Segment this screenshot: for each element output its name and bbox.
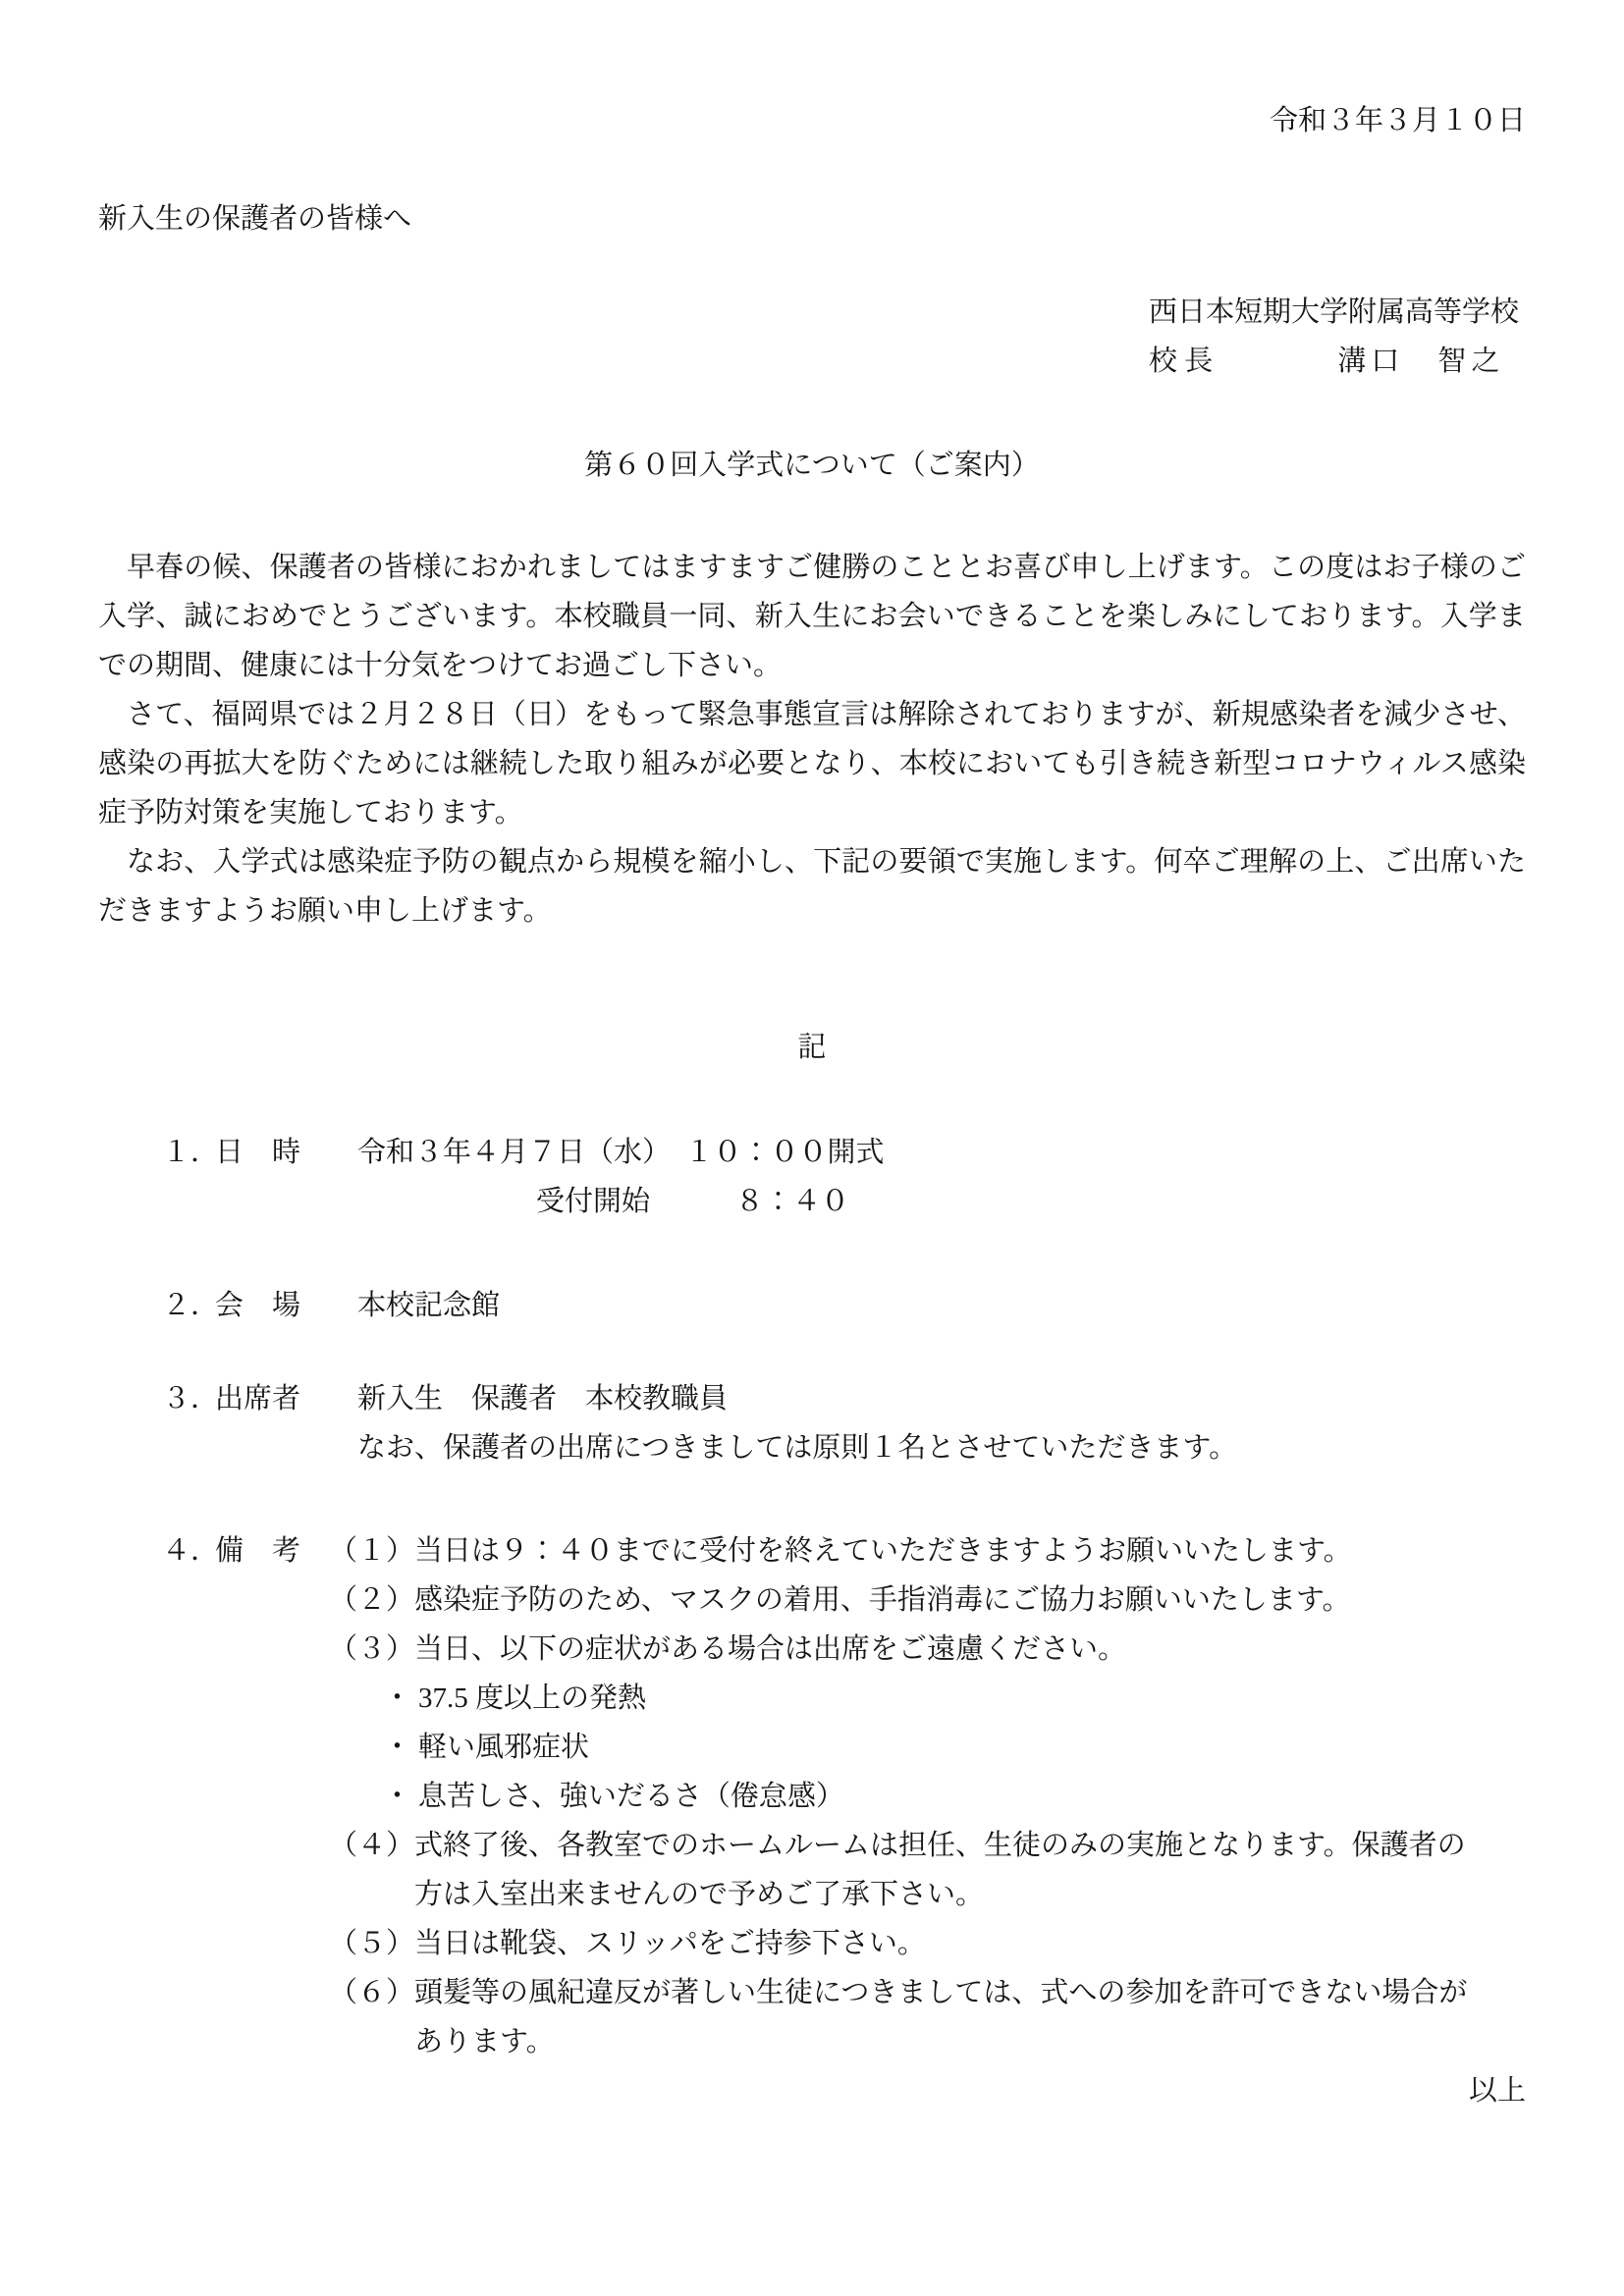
issue-date: 令和３年３月１０日 — [98, 96, 1526, 145]
remark-row: （２） 感染症予防のため、マスクの着用、手指消毒にご協力お願いいたします。 — [98, 1575, 1526, 1625]
item-label: 会 場 — [215, 1281, 357, 1330]
remark-row: （４） 式終了後、各教室でのホームルームは担任、生徒のみの実施となります。保護者… — [98, 1821, 1526, 1919]
symptom-bullet: ・ 息苦しさ、強いだるさ（倦怠感） — [98, 1772, 1526, 1821]
item-number: ４． — [162, 1526, 215, 1575]
remark-row: （５） 当日は靴袋、スリッパをご持参下さい。 — [98, 1919, 1526, 1968]
item-number: ３． — [162, 1374, 215, 1423]
paragraph-covid-measures: さて、福岡県では２月２８日（日）をもって緊急事態宣言は解除されておりますが、新規… — [98, 690, 1526, 837]
recipient: 新入生の保護者の皆様へ — [98, 194, 1526, 243]
letter-page: 令和３年３月１０日 新入生の保護者の皆様へ 西日本短期大学附属高等学校 校 長溝… — [0, 0, 1624, 2296]
paragraph-greeting: 早春の候、保護者の皆様におかれましてはますますご健勝のこととお喜び申し上げます。… — [98, 543, 1526, 690]
bullet-text: 軽い風邪症状 — [418, 1723, 589, 1772]
symptom-bullet: ・ 軽い風邪症状 — [98, 1723, 1526, 1772]
principal-name: 溝口 智之 — [1337, 346, 1504, 377]
bullet-text: 37.5 度以上の発熱 — [418, 1674, 646, 1723]
remark-marker: （１） — [329, 1526, 414, 1575]
document-title: 第６０回入学式について（ご案内） — [98, 441, 1526, 490]
bullet-icon: ・ — [383, 1772, 418, 1821]
item-content: 本校記念館 — [357, 1281, 500, 1330]
remark-text: 当日は靴袋、スリッパをご持参下さい。 — [414, 1919, 1485, 1968]
item-label: 出席者 — [215, 1374, 357, 1423]
item-content: 令和３年４月７日（水） １０：００開式 — [357, 1128, 885, 1177]
item-datetime-reception: 受付開始 ８：４０ — [98, 1177, 1526, 1226]
item-label: 日 時 — [215, 1128, 357, 1177]
remark-marker: （４） — [329, 1821, 414, 1919]
remark-text: 当日は９：４０までに受付を終えていただきますようお願いいたします。 — [414, 1526, 1352, 1575]
item-number: １． — [162, 1128, 215, 1177]
remark-text: 感染症予防のため、マスクの着用、手指消毒にご協力お願いいたします。 — [414, 1575, 1485, 1625]
remark-marker: （５） — [329, 1919, 414, 1968]
item-number: ２． — [162, 1281, 215, 1330]
item-label: 備 考 — [215, 1526, 329, 1575]
remark-row: （３） 当日、以下の症状がある場合は出席をご遠慮ください。 — [98, 1625, 1526, 1674]
remark-marker: （２） — [329, 1575, 414, 1625]
remark-text: 式終了後、各教室でのホームルームは担任、生徒のみの実施となります。保護者の方は入… — [414, 1821, 1485, 1919]
remark-text: 当日、以下の症状がある場合は出席をご遠慮ください。 — [414, 1625, 1485, 1674]
remark-marker: （６） — [329, 1968, 414, 2066]
sender-principal-line: 校 長溝口 智之 — [1149, 337, 1526, 386]
closing: 以上 — [98, 2066, 1526, 2115]
remark-marker: （３） — [329, 1625, 414, 1674]
bullet-icon: ・ — [383, 1723, 418, 1772]
sender-school-name: 西日本短期大学附属高等学校 — [1149, 288, 1526, 337]
item-content: 新入生 保護者 本校教職員 — [357, 1374, 728, 1423]
sender-block: 西日本短期大学附属高等学校 校 長溝口 智之 — [98, 288, 1526, 386]
remark-text: 頭髪等の風紀違反が著しい生徒につきましては、式への参加を許可できない場合がありま… — [414, 1968, 1485, 2066]
bullet-text: 息苦しさ、強いだるさ（倦怠感） — [418, 1772, 844, 1821]
item-venue: ２． 会 場 本校記念館 — [98, 1281, 1526, 1330]
bullet-icon: ・ — [383, 1674, 418, 1723]
paragraph-request: なお、入学式は感染症予防の観点から規模を縮小し、下記の要領で実施します。何卒ご理… — [98, 837, 1526, 935]
remark-row: （６） 頭髪等の風紀違反が著しい生徒につきましては、式への参加を許可できない場合… — [98, 1968, 1526, 2066]
item-remarks: ４． 備 考 （１） 当日は９：４０までに受付を終えていただきますようお願いいた… — [98, 1526, 1526, 1575]
remark-row: （１） 当日は９：４０までに受付を終えていただきますようお願いいたします。 — [329, 1526, 1352, 1575]
record-marker: 記 — [98, 1023, 1526, 1072]
item-attendees-note: なお、保護者の出席につきましては原則１名とさせていただきます。 — [98, 1423, 1526, 1472]
symptom-bullet: ・ 37.5 度以上の発熱 — [98, 1674, 1526, 1723]
item-datetime: １． 日 時 令和３年４月７日（水） １０：００開式 — [98, 1128, 1526, 1177]
item-attendees: ３． 出席者 新入生 保護者 本校教職員 — [98, 1374, 1526, 1423]
principal-title: 校 長 — [1149, 346, 1213, 377]
